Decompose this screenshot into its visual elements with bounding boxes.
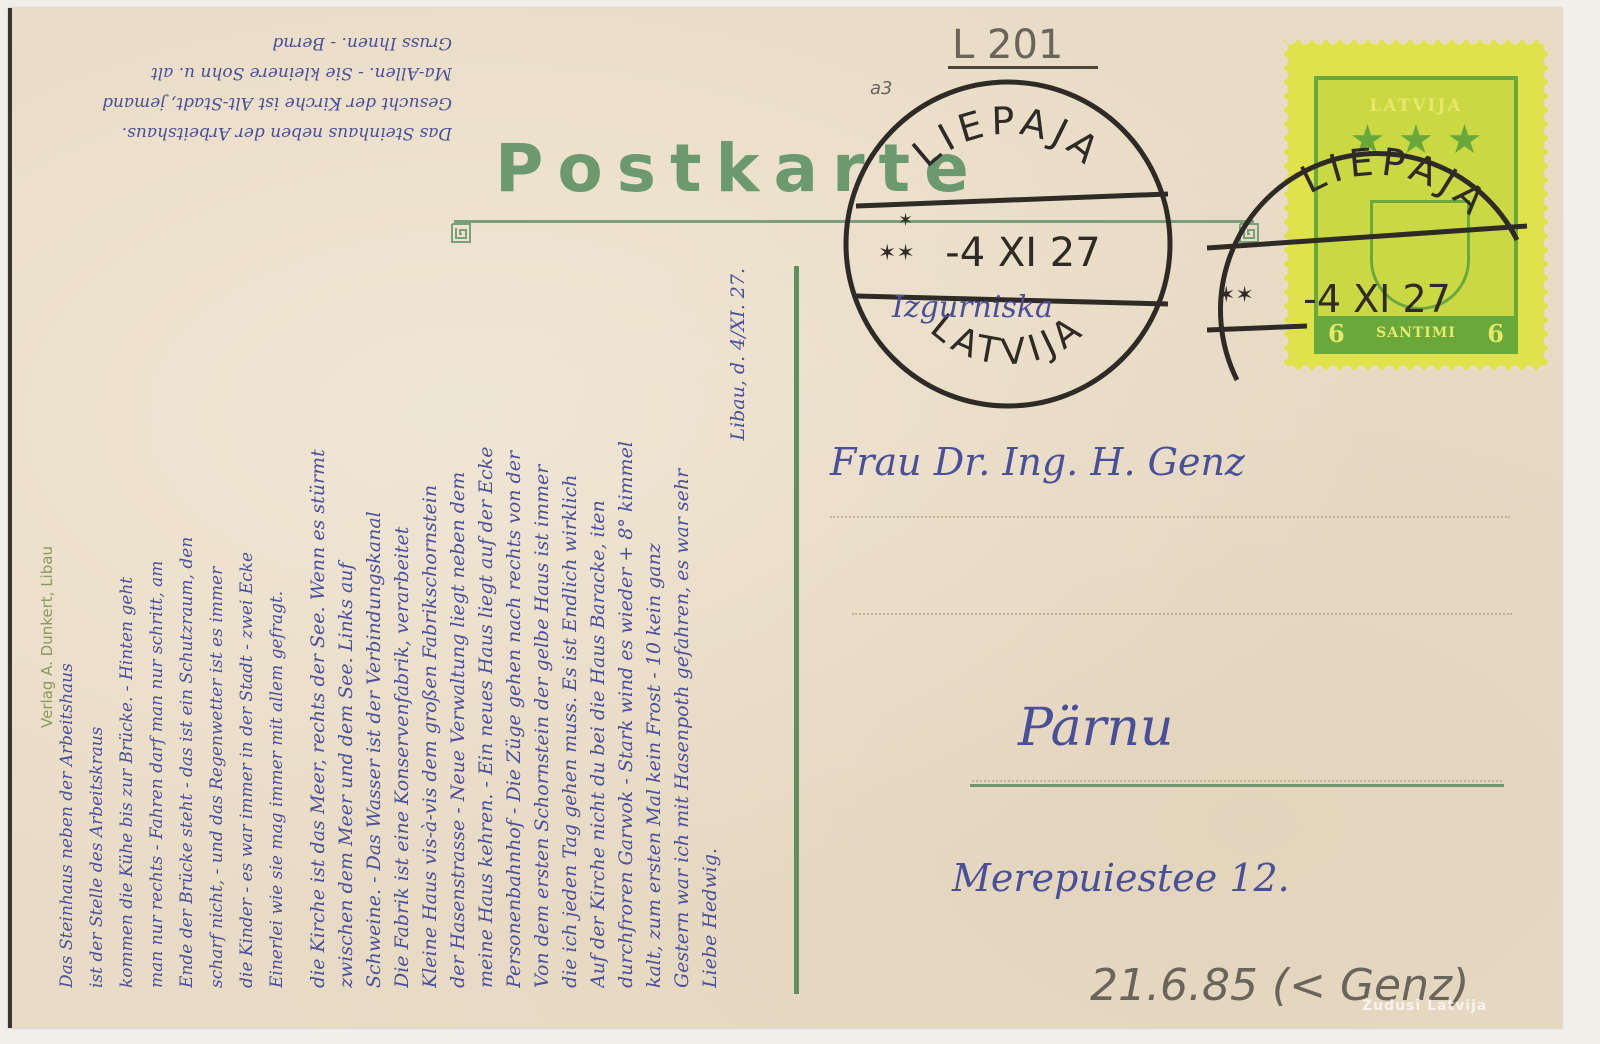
recipient-name: Frau Dr. Ing. H. Genz <box>830 440 1245 484</box>
salutation: Liebe Hedwig. <box>696 248 724 988</box>
svg-text:LIEPAJA: LIEPAJA <box>1294 139 1499 226</box>
message-line: die Kirche ist das Meer, rechts der See.… <box>304 248 332 988</box>
handwritten-message: die Kirche ist das Meer, rechts der See.… <box>304 248 752 988</box>
recipient-city: Pärnu <box>1018 698 1174 758</box>
svg-text:LIEPAJA: LIEPAJA <box>904 99 1112 176</box>
side-line: scharf nicht, - und das Regenwetter ist … <box>202 188 232 988</box>
postmark-liepaja: LIEPAJA LATVIJA -4 XI 27 ✶✶ ✶ <box>838 74 1178 414</box>
address-line <box>830 516 1510 518</box>
svg-text:✶✶: ✶✶ <box>1217 283 1254 308</box>
side-line: Einerlei wie sie mag immer mit allem gef… <box>262 188 292 988</box>
upside-line: Gesucht der Kirche ist Alt-Stadt, jemand <box>32 88 452 118</box>
message-line: Schweine. - Das Wasser ist der Verbindun… <box>360 248 388 988</box>
svg-text:-4 XI 27: -4 XI 27 <box>945 230 1100 276</box>
message-line: Auf der Kirche nicht du bei die Haus Bar… <box>584 248 612 988</box>
svg-text:-4 XI 27: -4 XI 27 <box>1303 277 1451 321</box>
message-line: Gestern war ich mit Hasenpoth gefahren, … <box>668 248 696 988</box>
message-line: Personenbahnhof - Die Züge gehen nach re… <box>500 248 528 988</box>
side-message: Das Steinhaus neben der Arbeitshaus ist … <box>52 188 292 988</box>
svg-text:✶✶: ✶✶ <box>878 241 915 266</box>
message-line: der Hasenstrasse - Neue Verwaltung liegt… <box>444 248 472 988</box>
recipient-street: Merepuiestee 12. <box>952 856 1290 900</box>
address-line <box>852 613 1512 615</box>
upside-down-message: Das Steinhaus neben der Arbeitshaus. Ges… <box>32 28 452 148</box>
upside-line: Das Steinhaus neben der Arbeitshaus. <box>32 118 452 148</box>
side-line: man nur rechts - Fahren darf man nur sch… <box>142 188 172 988</box>
side-line: Das Steinhaus neben der Arbeitshaus <box>52 188 82 988</box>
message-line: durchfroren Garwok - Stark wind es wiede… <box>612 248 640 988</box>
svg-text:✶: ✶ <box>898 210 913 231</box>
message-line: Kleine Haus vis-à-vis dem großen Fabriks… <box>416 248 444 988</box>
postmark-liepaja-on-stamp: LIEPAJA -4 XI 27 ✶✶ <box>1207 130 1537 420</box>
message-line: kalt, zum ersten Mal kein Frost - 10 kei… <box>640 248 668 988</box>
message-line: meine Haus kehren. - Ein neues Haus lieg… <box>472 248 500 988</box>
side-line: Ende der Brücke steht - das ist ein Schu… <box>172 188 202 988</box>
message-address-divider <box>794 266 799 994</box>
postmark-overprint-note: Izgurniska <box>892 290 1053 325</box>
catalog-pencil-mark: L 201 <box>952 22 1063 68</box>
side-line: kommen die Kühe bis zur Brücke. - Hinten… <box>112 188 142 988</box>
watermark: Zudusī Latvija <box>1362 998 1487 1014</box>
address-line <box>972 780 1502 782</box>
message-line: Die Fabrik ist eine Konservenfabrik, ver… <box>388 248 416 988</box>
dateline: Libau, d. 4/XI. 27. <box>724 248 752 988</box>
side-line: ist der Stelle des Arbeitskraus <box>82 188 112 988</box>
stamp-country: LATVIJA <box>1318 96 1514 116</box>
upside-line: Gruss Ihnen. - Bernd <box>32 28 452 58</box>
message-line: die ich jeden Tag gehen muss. Es ist End… <box>556 248 584 988</box>
message-line: Von dem ersten Schornstein der gelbe Hau… <box>528 248 556 988</box>
pencil-underline <box>948 66 1098 69</box>
address-rule <box>970 784 1504 787</box>
publisher-imprint: Verlag A. Dunkert, Libau <box>38 546 56 728</box>
meander-ornament-icon <box>450 222 472 244</box>
message-line: zwischen dem Meer und dem See. Links auf <box>332 248 360 988</box>
postcard: Das Steinhaus neben der Arbeitshaus. Ges… <box>8 8 1562 1028</box>
side-line: die Kinder - es war immer in der Stadt -… <box>232 188 262 988</box>
upside-line: Ma-Allen. - Sie kleinere Sohn u. alt <box>32 58 452 88</box>
